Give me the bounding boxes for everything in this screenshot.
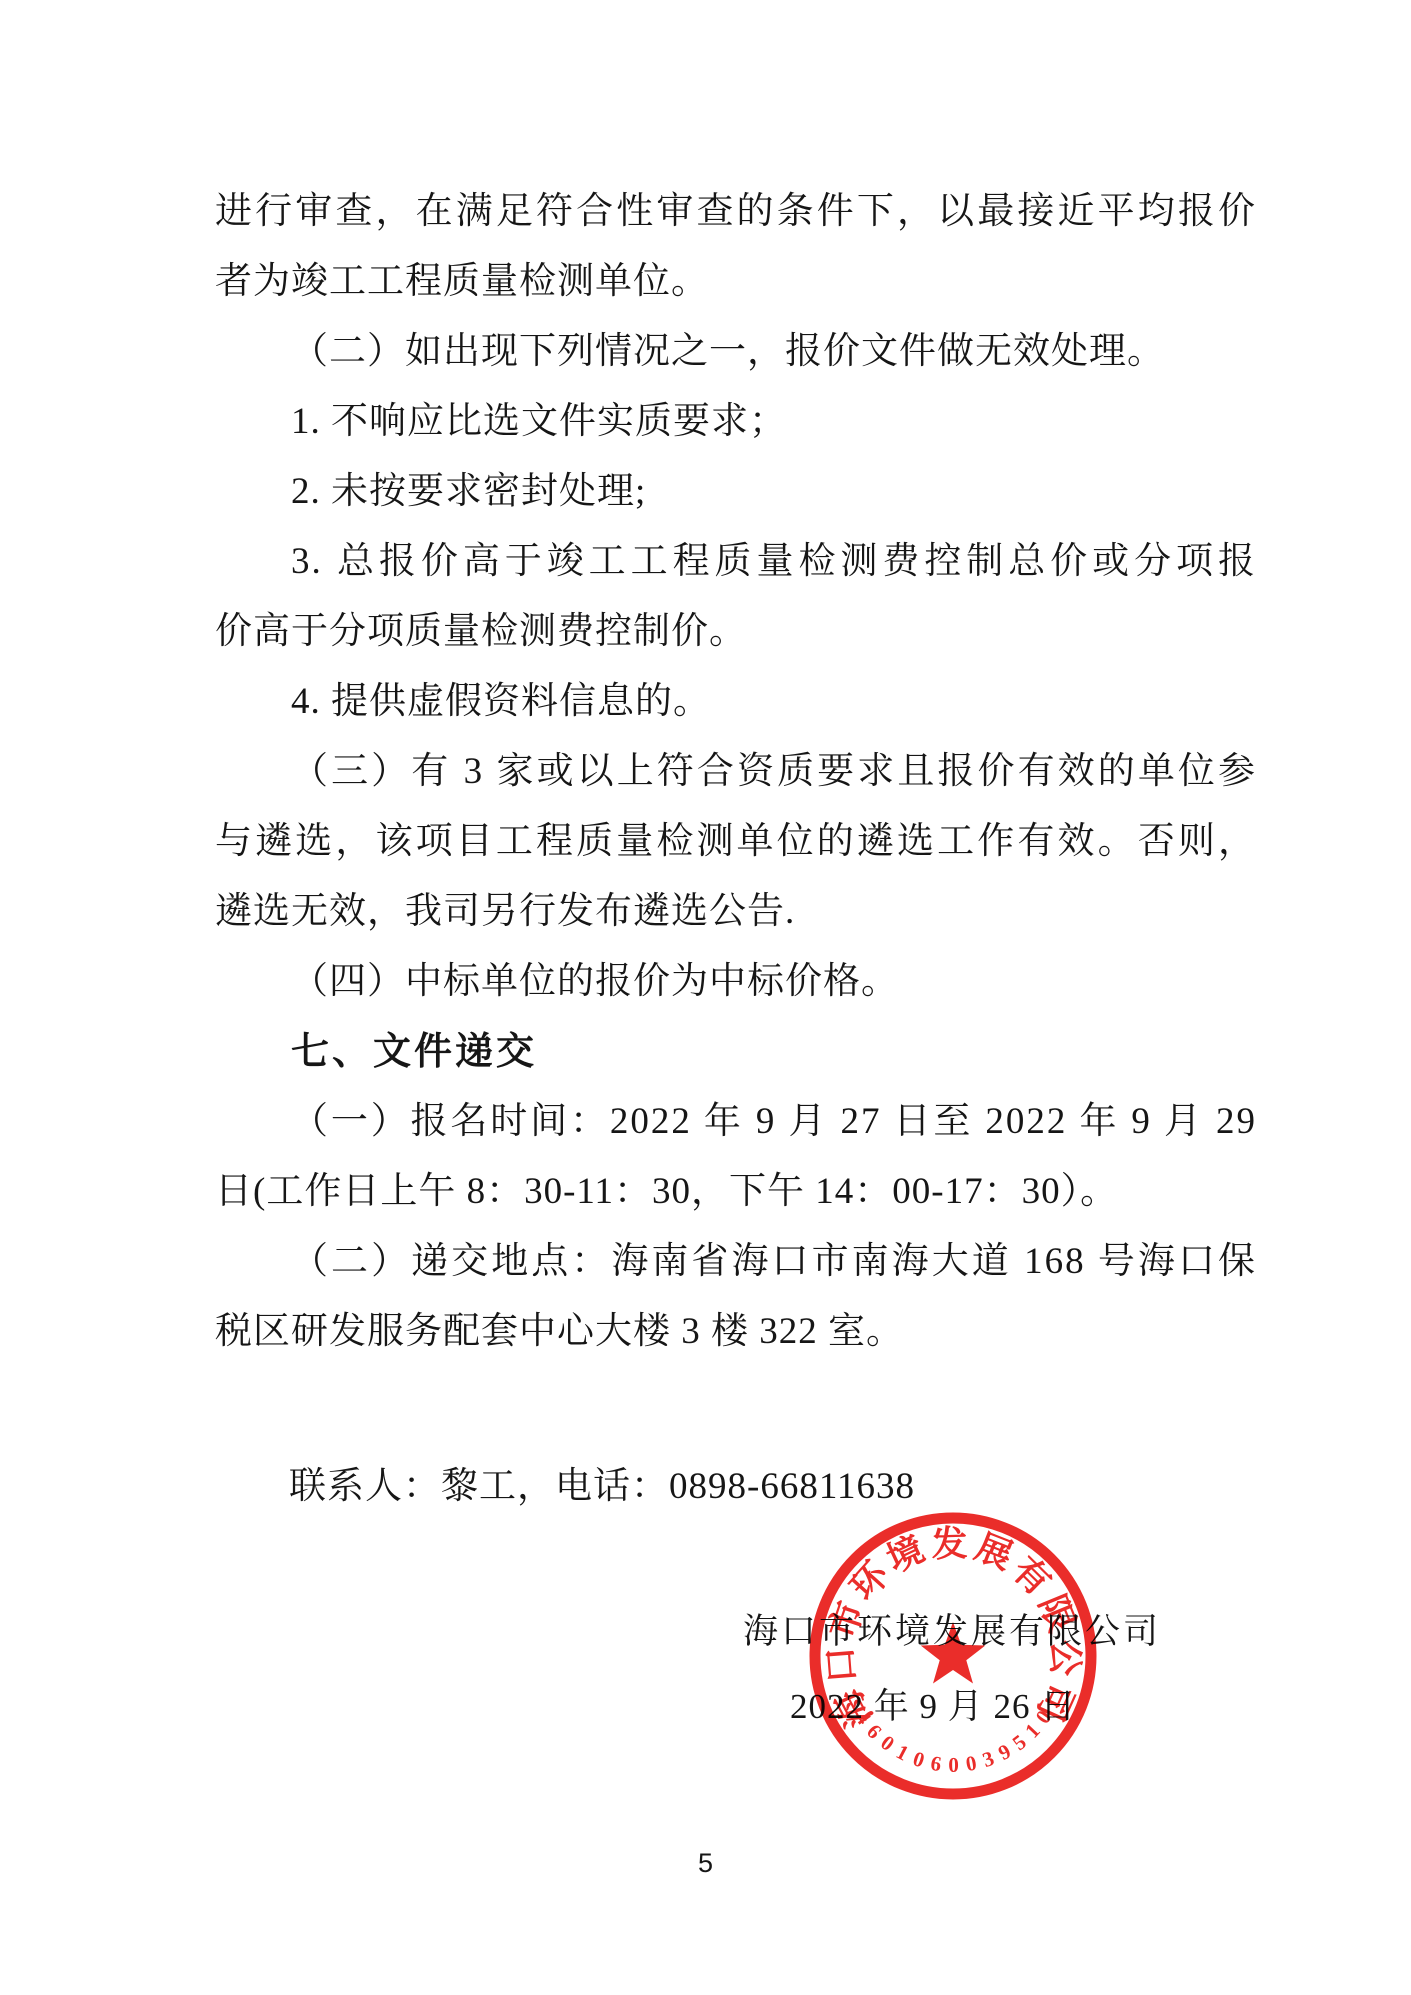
body-line: （二）递交地点：海南省海口市南海大道 168 号海口保 [215,1227,1257,1297]
page-number: 5 [0,1848,1411,1879]
body-line: 价高于分项质量检测费控制价。 [215,597,1257,667]
body-line: （三）有 3 家或以上符合资质要求且报价有效的单位参 [215,737,1257,807]
body-line: 1. 不响应比选文件实质要求； [215,387,1257,457]
document-body: 进行审查，在满足符合性审查的条件下，以最接近平均报价 者为竣工工程质量检测单位。… [215,177,1257,1367]
body-line: （四）中标单位的报价为中标价格。 [215,947,1257,1017]
body-line: 2. 未按要求密封处理; [215,457,1257,527]
body-line: 4. 提供虚假资料信息的。 [215,667,1257,737]
body-line: 遴选无效，我司另行发布遴选公告. [215,877,1257,947]
contact-line: 联系人：黎工，电话：0898-66811638 [289,1452,915,1522]
body-line: 与遴选，该项目工程质量检测单位的遴选工作有效。否则， [215,807,1257,877]
body-line: （二）如出现下列情况之一，报价文件做无效处理。 [215,317,1257,387]
body-line: 日(工作日上午 8：30-11：30，下午 14：00-17：30）。 [215,1157,1257,1227]
body-line: 税区研发服务配套中心大楼 3 楼 322 室。 [215,1297,1257,1367]
document-page: 进行审查，在满足符合性审查的条件下，以最接近平均报价 者为竣工工程质量检测单位。… [0,0,1411,1995]
body-line: 者为竣工工程质量检测单位。 [215,247,1257,317]
signature-date: 2022 年 9 月 26 日 [790,1672,1076,1742]
body-line: （一）报名时间：2022 年 9 月 27 日至 2022 年 9 月 29 [215,1087,1257,1157]
body-line: 3. 总报价高于竣工工程质量检测费控制总价或分项报 [215,527,1257,597]
section-heading: 七、文件递交 [215,1017,1257,1087]
body-line: 进行审查，在满足符合性审查的条件下，以最接近平均报价 [215,177,1257,247]
signature-company: 海口市环境发展有限公司 [743,1597,1161,1667]
